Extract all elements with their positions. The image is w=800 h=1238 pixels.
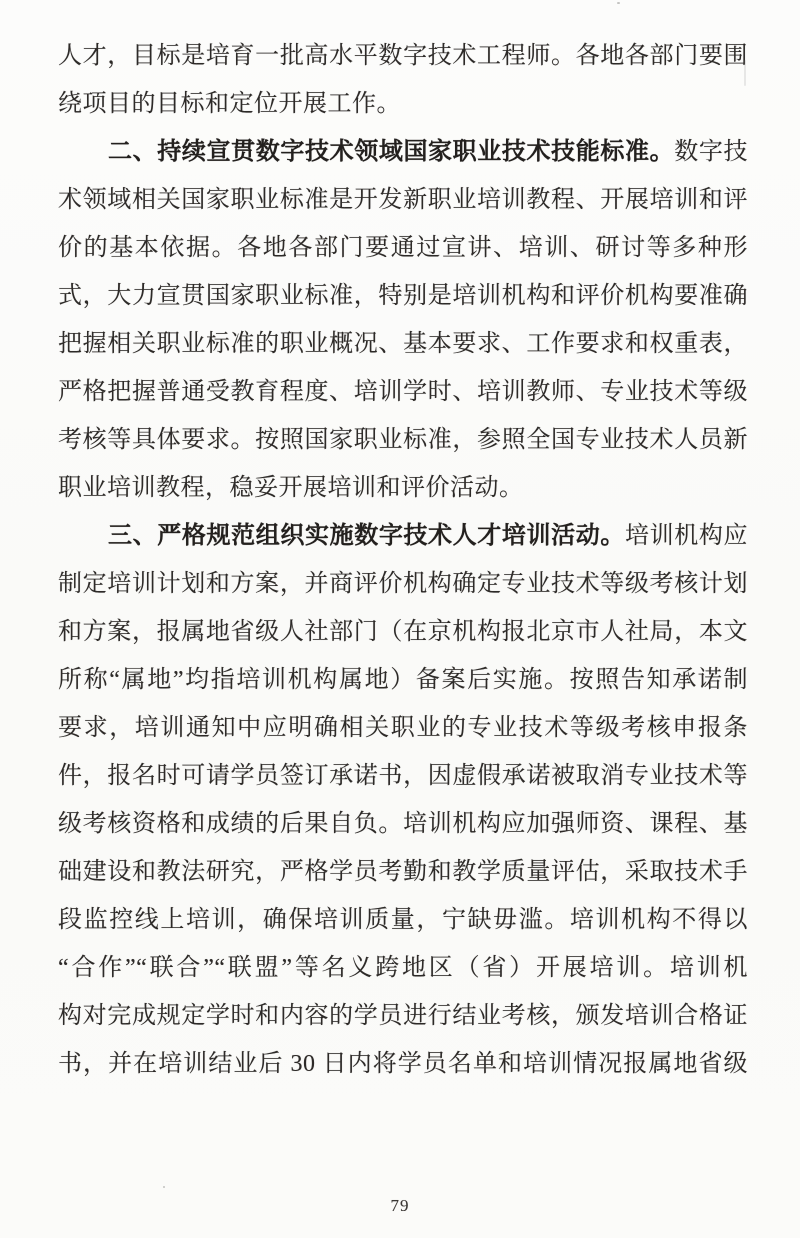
scan-speck <box>163 1186 165 1188</box>
body-text-run: 式，大力宣贯国家职业标准，特别是培训机构和评价机构要准确 <box>58 283 748 309</box>
text-line: 段监控线上培训，确保培训质量，宁缺毋滥。培训机构不得以 <box>58 896 748 944</box>
body-text-run: 级考核资格和成绩的后果自负。培训机构应加强师资、课程、基 <box>58 811 748 837</box>
section-heading: 三、严格规范组织实施数字技术人才培训活动。 <box>108 522 625 549</box>
text-line: 础建设和教法研究，严格学员考勤和教学质量评估，采取技术手 <box>58 848 748 896</box>
body-text-run: 制定培训计划和方案，并商评价机构确定专业技术等级考核计划 <box>58 571 748 597</box>
text-line: 所称“属地”均指培训机构属地）备案后实施。按照告知承诺制 <box>58 656 748 704</box>
body-text-run: 培训机构应 <box>625 523 748 549</box>
body-text-run: 术领域相关国家职业标准是开发新职业培训教程、开展培训和评 <box>58 187 748 213</box>
page-number: 79 <box>0 1196 800 1216</box>
scan-streak <box>744 60 746 86</box>
body-text-run: 把握相关职业标准的职业概况、基本要求、工作要求和权重表， <box>58 331 748 357</box>
text-line: 和方案，报属地省级人社部门（在京机构报北京市人社局，本文 <box>58 608 748 656</box>
text-line: 职业培训教程，稳妥开展培训和评价活动。 <box>58 464 748 512</box>
scan-speck <box>617 2 620 4</box>
text-line: 三、严格规范组织实施数字技术人才培训活动。培训机构应 <box>58 512 748 560</box>
body-text-run: 和方案，报属地省级人社部门（在京机构报北京市人社局，本文 <box>58 619 748 645</box>
body-text-run: 书，并在培训结业后 30 日内将学员名单和培训情况报属地省级 <box>58 1051 748 1077</box>
scan-speck <box>116 766 119 769</box>
body-text-run: 人才，目标是培育一批高水平数字技术工程师。各地各部门要围 <box>58 43 748 69</box>
body-text-run: 严格把握普通受教育程度、培训学时、培训教师、专业技术等级 <box>58 379 748 405</box>
section-heading: 二、持续宣贯数字技术领域国家职业技术技能标准。 <box>108 138 674 165</box>
body-text-run: 构对完成规定学时和内容的学员进行结业考核，颁发培训合格证 <box>58 1003 748 1029</box>
text-line: 价的基本依据。各地各部门要通过宣讲、培训、研讨等多种形 <box>58 224 748 272</box>
text-line: 绕项目的目标和定位开展工作。 <box>58 80 748 128</box>
text-line: 把握相关职业标准的职业概况、基本要求、工作要求和权重表， <box>58 320 748 368</box>
text-line: 构对完成规定学时和内容的学员进行结业考核，颁发培训合格证 <box>58 992 748 1040</box>
text-line: 制定培训计划和方案，并商评价机构确定专业技术等级考核计划 <box>58 560 748 608</box>
body-text-run: 价的基本依据。各地各部门要通过宣讲、培训、研讨等多种形 <box>58 235 748 261</box>
text-line: 二、持续宣贯数字技术领域国家职业技术技能标准。数字技 <box>58 128 748 176</box>
text-line: 严格把握普通受教育程度、培训学时、培训教师、专业技术等级 <box>58 368 748 416</box>
text-line: 级考核资格和成绩的后果自负。培训机构应加强师资、课程、基 <box>58 800 748 848</box>
text-line: 术领域相关国家职业标准是开发新职业培训教程、开展培训和评 <box>58 176 748 224</box>
body-text-run: 绕项目的目标和定位开展工作。 <box>58 91 401 117</box>
text-line: 要求，培训通知中应明确相关职业的专业技术等级考核申报条 <box>58 704 748 752</box>
text-line: 件，报名时可请学员签订承诺书，因虚假承诺被取消专业技术等 <box>58 752 748 800</box>
document-body: 人才，目标是培育一批高水平数字技术工程师。各地各部门要围绕项目的目标和定位开展工… <box>58 32 748 1088</box>
body-text-run: 考核等具体要求。按照国家职业标准，参照全国专业技术人员新 <box>58 427 748 453</box>
body-text-run: 数字技 <box>674 139 748 165</box>
body-text-run: “合作”“联合”“联盟”等名义跨地区（省）开展培训。培训机 <box>58 955 748 981</box>
body-text-run: 件，报名时可请学员签订承诺书，因虚假承诺被取消专业技术等 <box>58 763 748 789</box>
document-page: 人才，目标是培育一批高水平数字技术工程师。各地各部门要围绕项目的目标和定位开展工… <box>0 0 800 1238</box>
text-line: 书，并在培训结业后 30 日内将学员名单和培训情况报属地省级 <box>58 1040 748 1088</box>
text-line: 人才，目标是培育一批高水平数字技术工程师。各地各部门要围 <box>58 32 748 80</box>
body-text-run: 础建设和教法研究，严格学员考勤和教学质量评估，采取技术手 <box>58 859 748 885</box>
body-text-run: 所称“属地”均指培训机构属地）备案后实施。按照告知承诺制 <box>58 667 748 693</box>
text-line: “合作”“联合”“联盟”等名义跨地区（省）开展培训。培训机 <box>58 944 748 992</box>
text-line: 考核等具体要求。按照国家职业标准，参照全国专业技术人员新 <box>58 416 748 464</box>
body-text-run: 要求，培训通知中应明确相关职业的专业技术等级考核申报条 <box>58 715 748 741</box>
body-text-run: 职业培训教程，稳妥开展培训和评价活动。 <box>58 475 524 501</box>
text-line: 式，大力宣贯国家职业标准，特别是培训机构和评价机构要准确 <box>58 272 748 320</box>
body-text-run: 段监控线上培训，确保培训质量，宁缺毋滥。培训机构不得以 <box>58 907 748 933</box>
